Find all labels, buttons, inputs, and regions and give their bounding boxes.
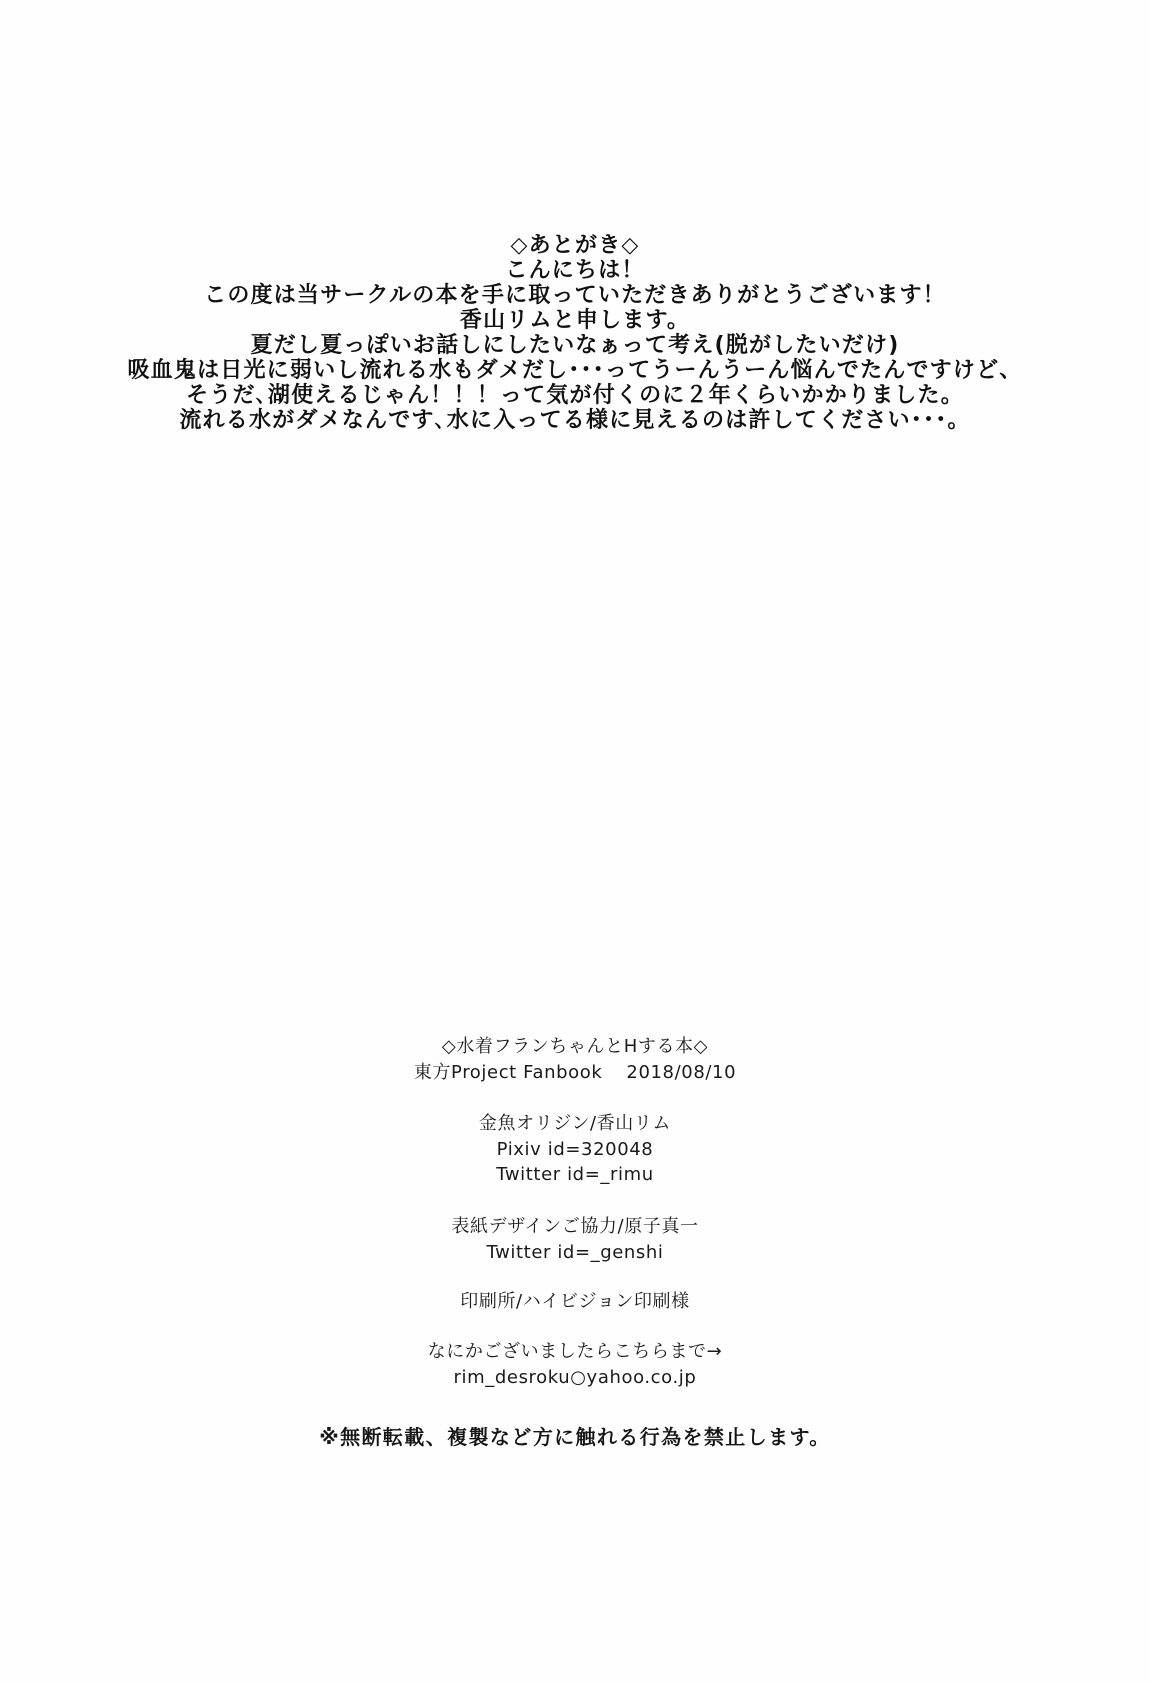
cover-design-credit: 表紙デザインご協力/原子真一	[0, 1214, 1150, 1240]
printer-credit: 印刷所/ハイビジョン印刷様	[0, 1289, 1150, 1315]
afterword-line: こんにちは！	[0, 258, 1150, 283]
publication-date: 2018/08/10	[626, 1062, 736, 1083]
colophon-cover-block: 表紙デザインご協力/原子真一 Twitter id=_genshi	[0, 1214, 1150, 1265]
twitter-id-cover: Twitter id=_genshi	[0, 1240, 1150, 1266]
book-series-date: 東方Project Fanbook2018/08/10	[0, 1060, 1150, 1086]
afterword-section: ◇あとがき◇ こんにちは！ この度は当サークルの本を手に取っていただきありがとう…	[0, 233, 1150, 433]
colophon-printer-block: 印刷所/ハイビジョン印刷様	[0, 1289, 1150, 1315]
pixiv-id: Pixiv id=320048	[0, 1137, 1150, 1163]
afterword-line: 香山リムと申します。	[0, 308, 1150, 333]
document-page: ◇あとがき◇ こんにちは！ この度は当サークルの本を手に取っていただきありがとう…	[0, 0, 1150, 1684]
afterword-line: 吸血鬼は日光に弱いし流れる水もダメだし･･･ってうーんうーん悩んでたんですけど、	[0, 358, 1150, 383]
afterword-line: 流れる水がダメなんです､水に入ってる様に見えるのは許してください･･･。	[0, 408, 1150, 433]
contact-email: rim_desroku○yahoo.co.jp	[0, 1365, 1150, 1391]
colophon-title-block: ◇水着フランちゃんとHする本◇ 東方Project Fanbook2018/08…	[0, 1034, 1150, 1085]
twitter-id-author: Twitter id=_rimu	[0, 1162, 1150, 1188]
circle-author: 金魚オリジン/香山リム	[0, 1111, 1150, 1137]
colophon-author-block: 金魚オリジン/香山リム Pixiv id=320048 Twitter id=_…	[0, 1111, 1150, 1188]
afterword-line: この度は当サークルの本を手に取っていただきありがとうございます！	[0, 283, 1150, 308]
book-title: ◇水着フランちゃんとHする本◇	[0, 1034, 1150, 1060]
afterword-line: そうだ､湖使えるじゃん！！！って気が付くのに２年くらいかかりました。	[0, 383, 1150, 408]
afterword-heading: ◇あとがき◇	[0, 233, 1150, 258]
book-series: 東方Project Fanbook	[414, 1062, 603, 1083]
colophon-contact-block: なにかございましたらこちらまで→ rim_desroku○yahoo.co.jp	[0, 1339, 1150, 1390]
contact-prompt: なにかございましたらこちらまで→	[0, 1339, 1150, 1365]
afterword-line: 夏だし夏っぽいお話しにしたいなぁって考え(脱がしたいだけ)	[0, 333, 1150, 358]
copyright-disclaimer: ※無断転載、複製など方に触れる行為を禁止します。	[0, 1424, 1150, 1450]
